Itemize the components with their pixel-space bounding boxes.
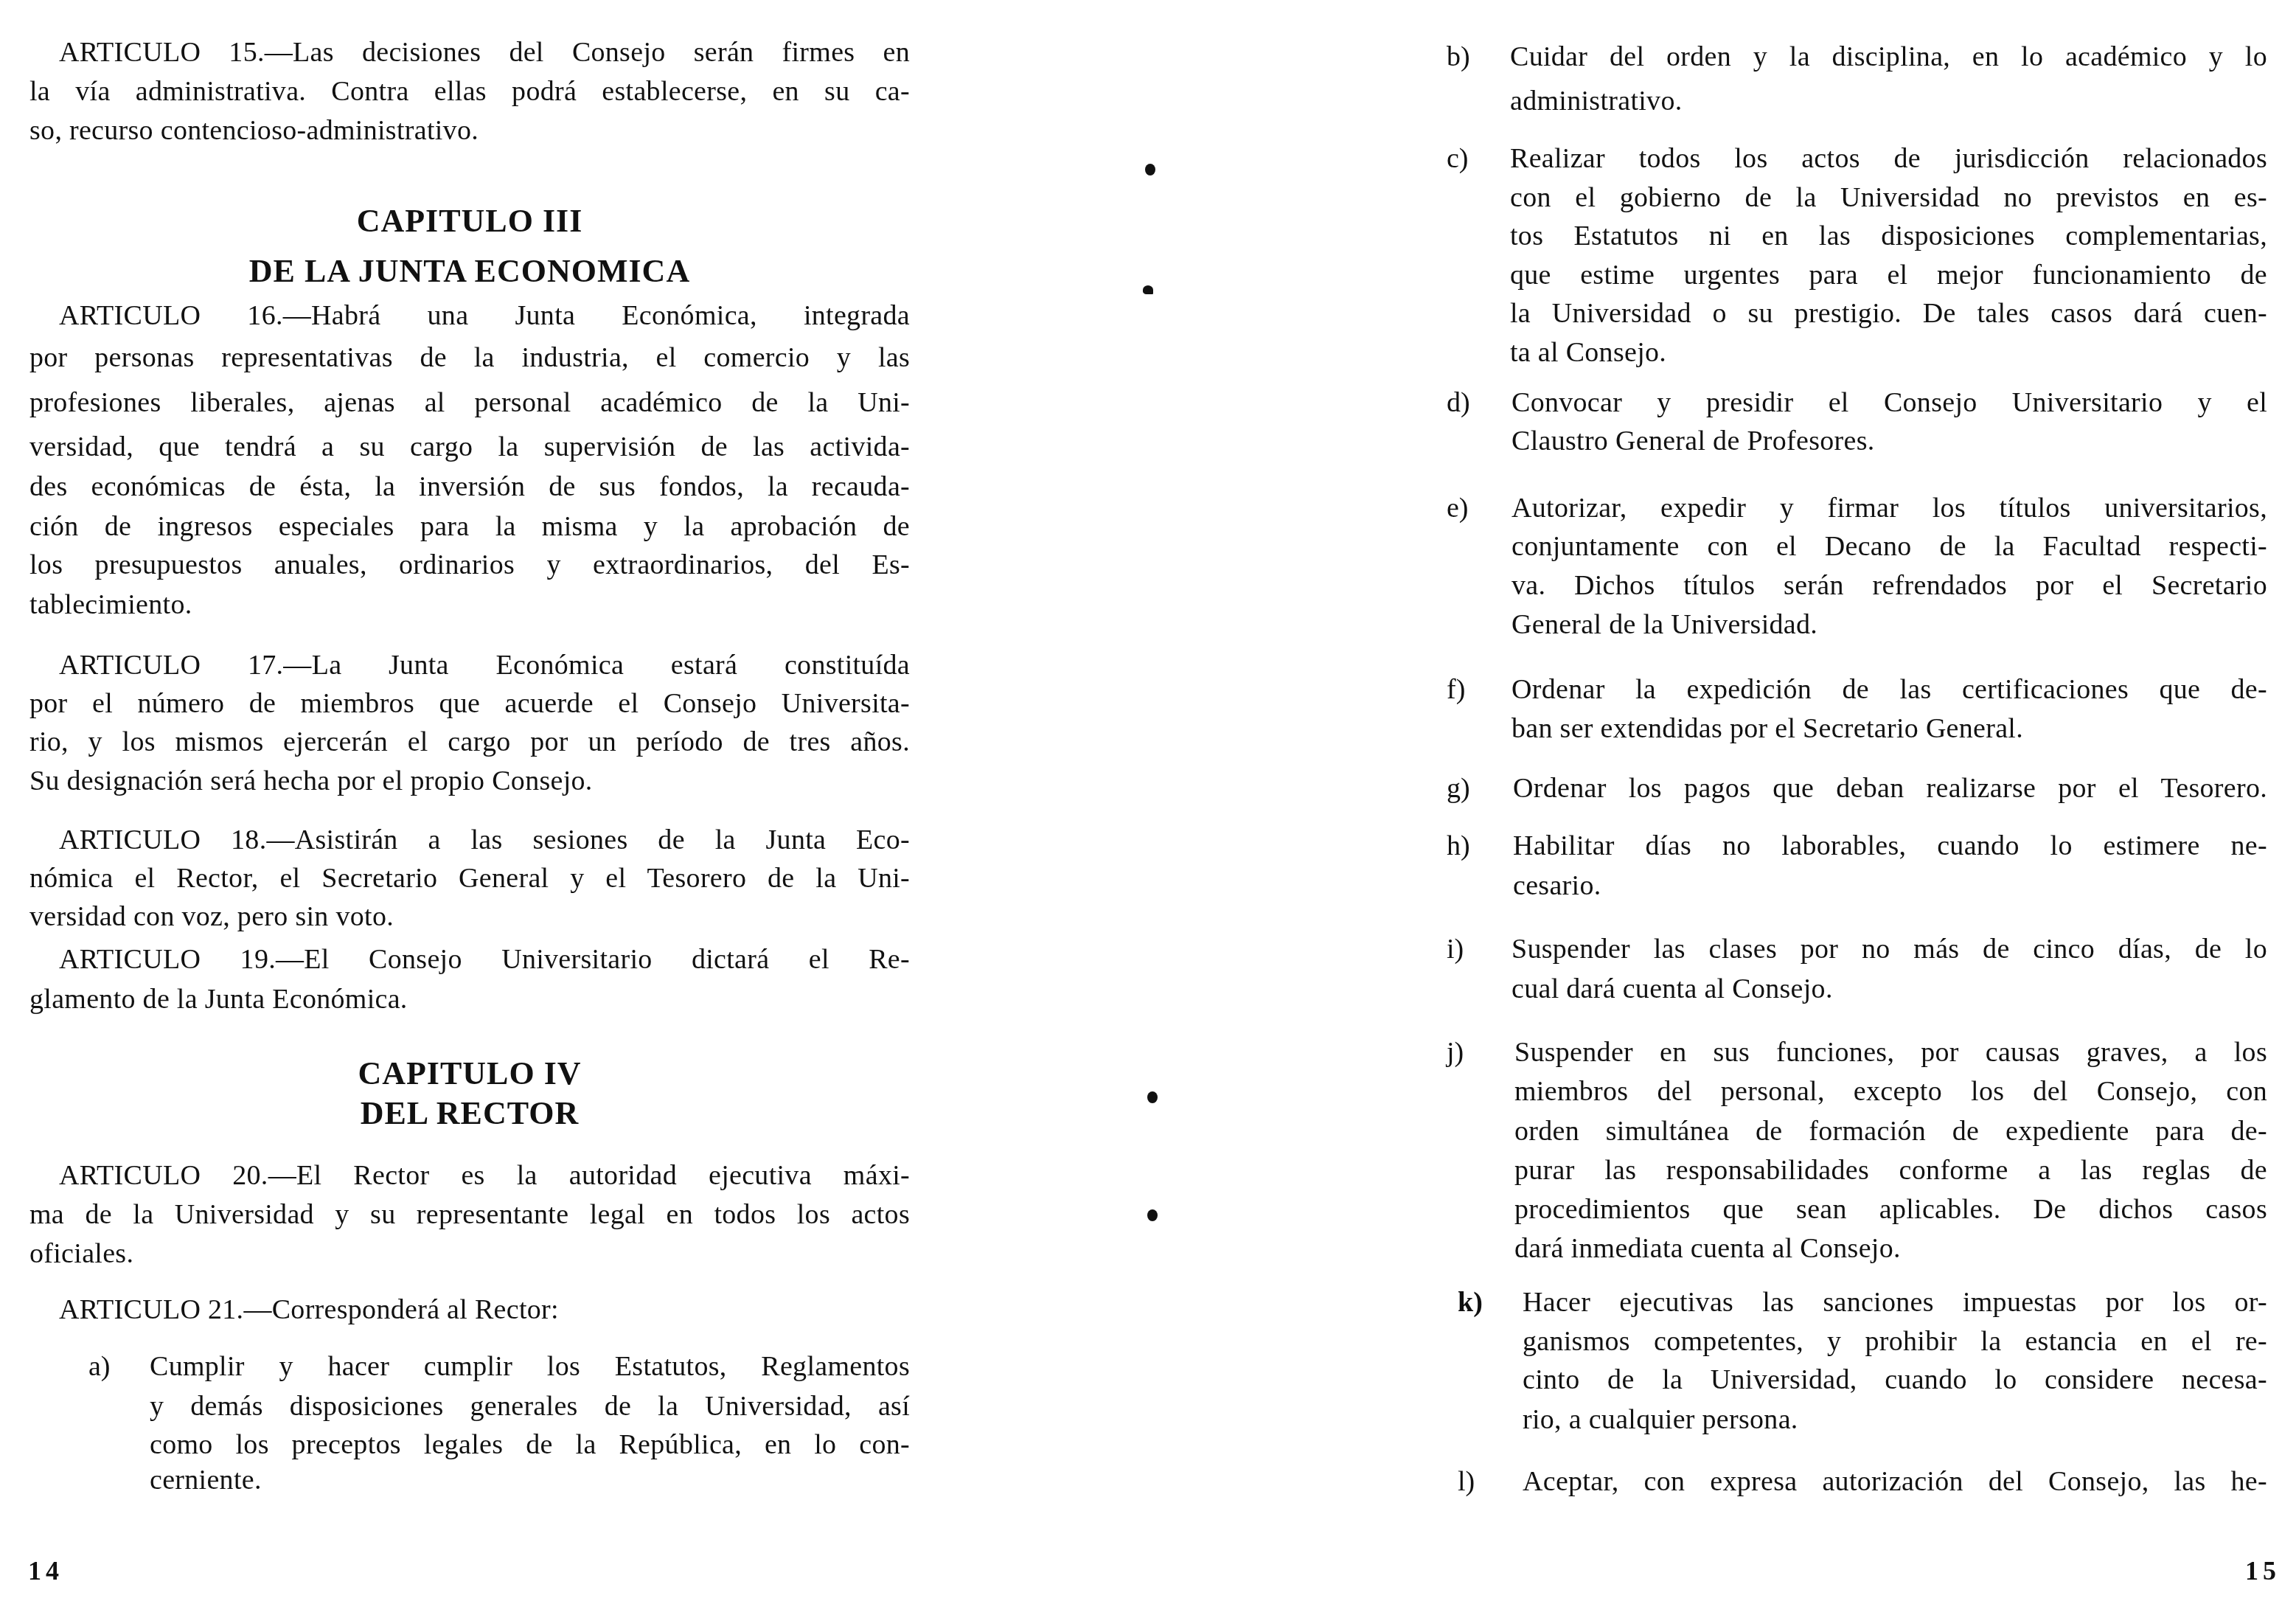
item-line: Cumplir y hacer cumplir los Estatutos, R… <box>150 1352 910 1381</box>
item-line: rio, a cualquier persona. <box>1523 1406 1798 1434</box>
item-label: d) <box>1447 389 1470 417</box>
left-page: ARTICULO 15.—Las decisiones del Consejo … <box>0 0 1148 1601</box>
article-17-line: Su designación será hecha por el propio … <box>29 767 593 795</box>
item-label: e) <box>1447 494 1469 522</box>
item-line: General de la Universidad. <box>1511 611 1817 639</box>
item-line: cerniente. <box>150 1466 262 1494</box>
article-20-line: ma de la Universidad y su representante … <box>29 1201 910 1229</box>
article-19-line: ARTICULO 19.—El Consejo Universitario di… <box>59 945 910 973</box>
article-15-line: la vía administrativa. Contra ellas podr… <box>29 77 910 105</box>
item-line: Ordenar los pagos que deban realizarse p… <box>1513 774 2267 802</box>
article-18-line: nómica el Rector, el Secretario General … <box>29 864 910 892</box>
item-line: y demás disposiciones generales de la Un… <box>150 1392 910 1420</box>
item-line: Realizar todos los actos de jurisdicción… <box>1510 145 2267 173</box>
article-16-line: des económicas de ésta, la inversión de … <box>29 473 910 501</box>
item-line: miembros del personal, excepto los del C… <box>1514 1077 2267 1105</box>
chapter-subtitle: DEL RECTOR <box>29 1097 910 1130</box>
article-16-line: versidad, que tendrá a su cargo la super… <box>29 433 910 461</box>
item-label: b) <box>1447 43 1470 71</box>
article-20-line: ARTICULO 20.—El Rector es la autoridad e… <box>59 1161 910 1190</box>
item-label: l) <box>1458 1468 1475 1496</box>
item-line: cual dará cuenta al Consejo. <box>1511 975 1833 1003</box>
chapter-subtitle: DE LA JUNTA ECONOMICA <box>29 255 910 288</box>
item-line: ta al Consejo. <box>1510 338 1666 367</box>
item-line: ban ser extendidas por el Secretario Gen… <box>1511 715 2023 743</box>
article-18-line: versidad con voz, pero sin voto. <box>29 903 394 931</box>
item-line: tos Estatutos ni en las disposiciones co… <box>1510 222 2267 250</box>
item-label: j) <box>1447 1038 1464 1066</box>
item-line: dará inmediata cuenta al Consejo. <box>1514 1234 1901 1263</box>
article-16-line: ARTICULO 16.—Habrá una Junta Económica, … <box>59 302 910 330</box>
article-16-line: ción de ingresos especiales para la mism… <box>29 513 910 541</box>
item-line: Ordenar la expedición de las certificaci… <box>1511 676 2267 704</box>
chapter-title: CAPITULO IV <box>29 1058 910 1090</box>
item-line: cesario. <box>1513 872 1601 900</box>
item-label: i) <box>1447 935 1464 963</box>
article-16-line: por personas representativas de la indus… <box>29 344 910 372</box>
item-label: k) <box>1458 1288 1483 1316</box>
article-18-line: ARTICULO 18.—Asistirán a las sesiones de… <box>59 826 910 854</box>
article-21-line: ARTICULO 21.—Corresponderá al Rector: <box>59 1296 559 1324</box>
item-line: conjuntamente con el Decano de la Facult… <box>1511 532 2267 560</box>
item-line: Claustro General de Profesores. <box>1511 427 1875 455</box>
item-line: Convocar y presidir el Consejo Universit… <box>1511 389 2267 417</box>
item-line: procedimientos que sean aplicables. De d… <box>1514 1195 2267 1223</box>
item-line: Aceptar, con expresa autorización del Co… <box>1523 1468 2267 1496</box>
page-number: 14 <box>28 1557 63 1584</box>
article-15-line: so, recurso contencioso-administrativo. <box>29 117 479 145</box>
item-label: h) <box>1447 832 1470 860</box>
article-17-line: por el número de miembros que acuerde el… <box>29 690 910 718</box>
article-17-line: rio, y los mismos ejercerán el cargo por… <box>29 728 910 756</box>
item-line: Suspender en sus funciones, por causas g… <box>1514 1038 2267 1066</box>
item-line: Autorizar, expedir y firmar los títulos … <box>1511 494 2267 522</box>
article-20-line: oficiales. <box>29 1240 133 1268</box>
article-16-line: profesiones liberales, ajenas al persona… <box>29 389 910 417</box>
item-line: Cuidar del orden y la disciplina, en lo … <box>1510 43 2267 71</box>
item-line: la Universidad o su prestigio. De tales … <box>1510 299 2267 327</box>
item-line: como los preceptos legales de la Repúbli… <box>150 1431 910 1459</box>
item-label: c) <box>1447 145 1469 173</box>
item-label: a) <box>88 1352 111 1381</box>
page-number: 15 <box>2245 1557 2281 1584</box>
item-line: cinto de la Universidad, cuando lo consi… <box>1523 1366 2267 1394</box>
item-label: g) <box>1447 774 1470 802</box>
item-line: que estime urgentes para el mejor funcio… <box>1510 261 2267 289</box>
article-16-line: los presupuestos anuales, ordinarios y e… <box>29 551 910 579</box>
article-19-line: glamento de la Junta Económica. <box>29 985 408 1013</box>
right-page: b) Cuidar del orden y la disciplina, en … <box>1148 0 2296 1601</box>
item-line: orden simultánea de formación de expedie… <box>1514 1117 2267 1145</box>
item-label: f) <box>1447 676 1465 704</box>
item-line: Habilitar días no laborables, cuando lo … <box>1513 832 2267 860</box>
item-line: administrativo. <box>1510 87 1683 115</box>
article-17-line: ARTICULO 17.—La Junta Económica estará c… <box>59 651 910 679</box>
item-line: con el gobierno de la Universidad no pre… <box>1510 184 2267 212</box>
item-line: va. Dichos títulos serán refrendados por… <box>1511 572 2267 600</box>
item-line: purar las responsabilidades conforme a l… <box>1514 1156 2267 1184</box>
chapter-title: CAPITULO III <box>29 205 910 237</box>
article-15-line: ARTICULO 15.—Las decisiones del Consejo … <box>59 38 910 66</box>
item-line: ganismos competentes, y prohibir la esta… <box>1523 1327 2267 1355</box>
article-16-line: tablecimiento. <box>29 591 192 619</box>
item-line: Hacer ejecutivas las sanciones impuestas… <box>1523 1288 2267 1316</box>
item-line: Suspender las clases por no más de cinco… <box>1511 935 2267 963</box>
